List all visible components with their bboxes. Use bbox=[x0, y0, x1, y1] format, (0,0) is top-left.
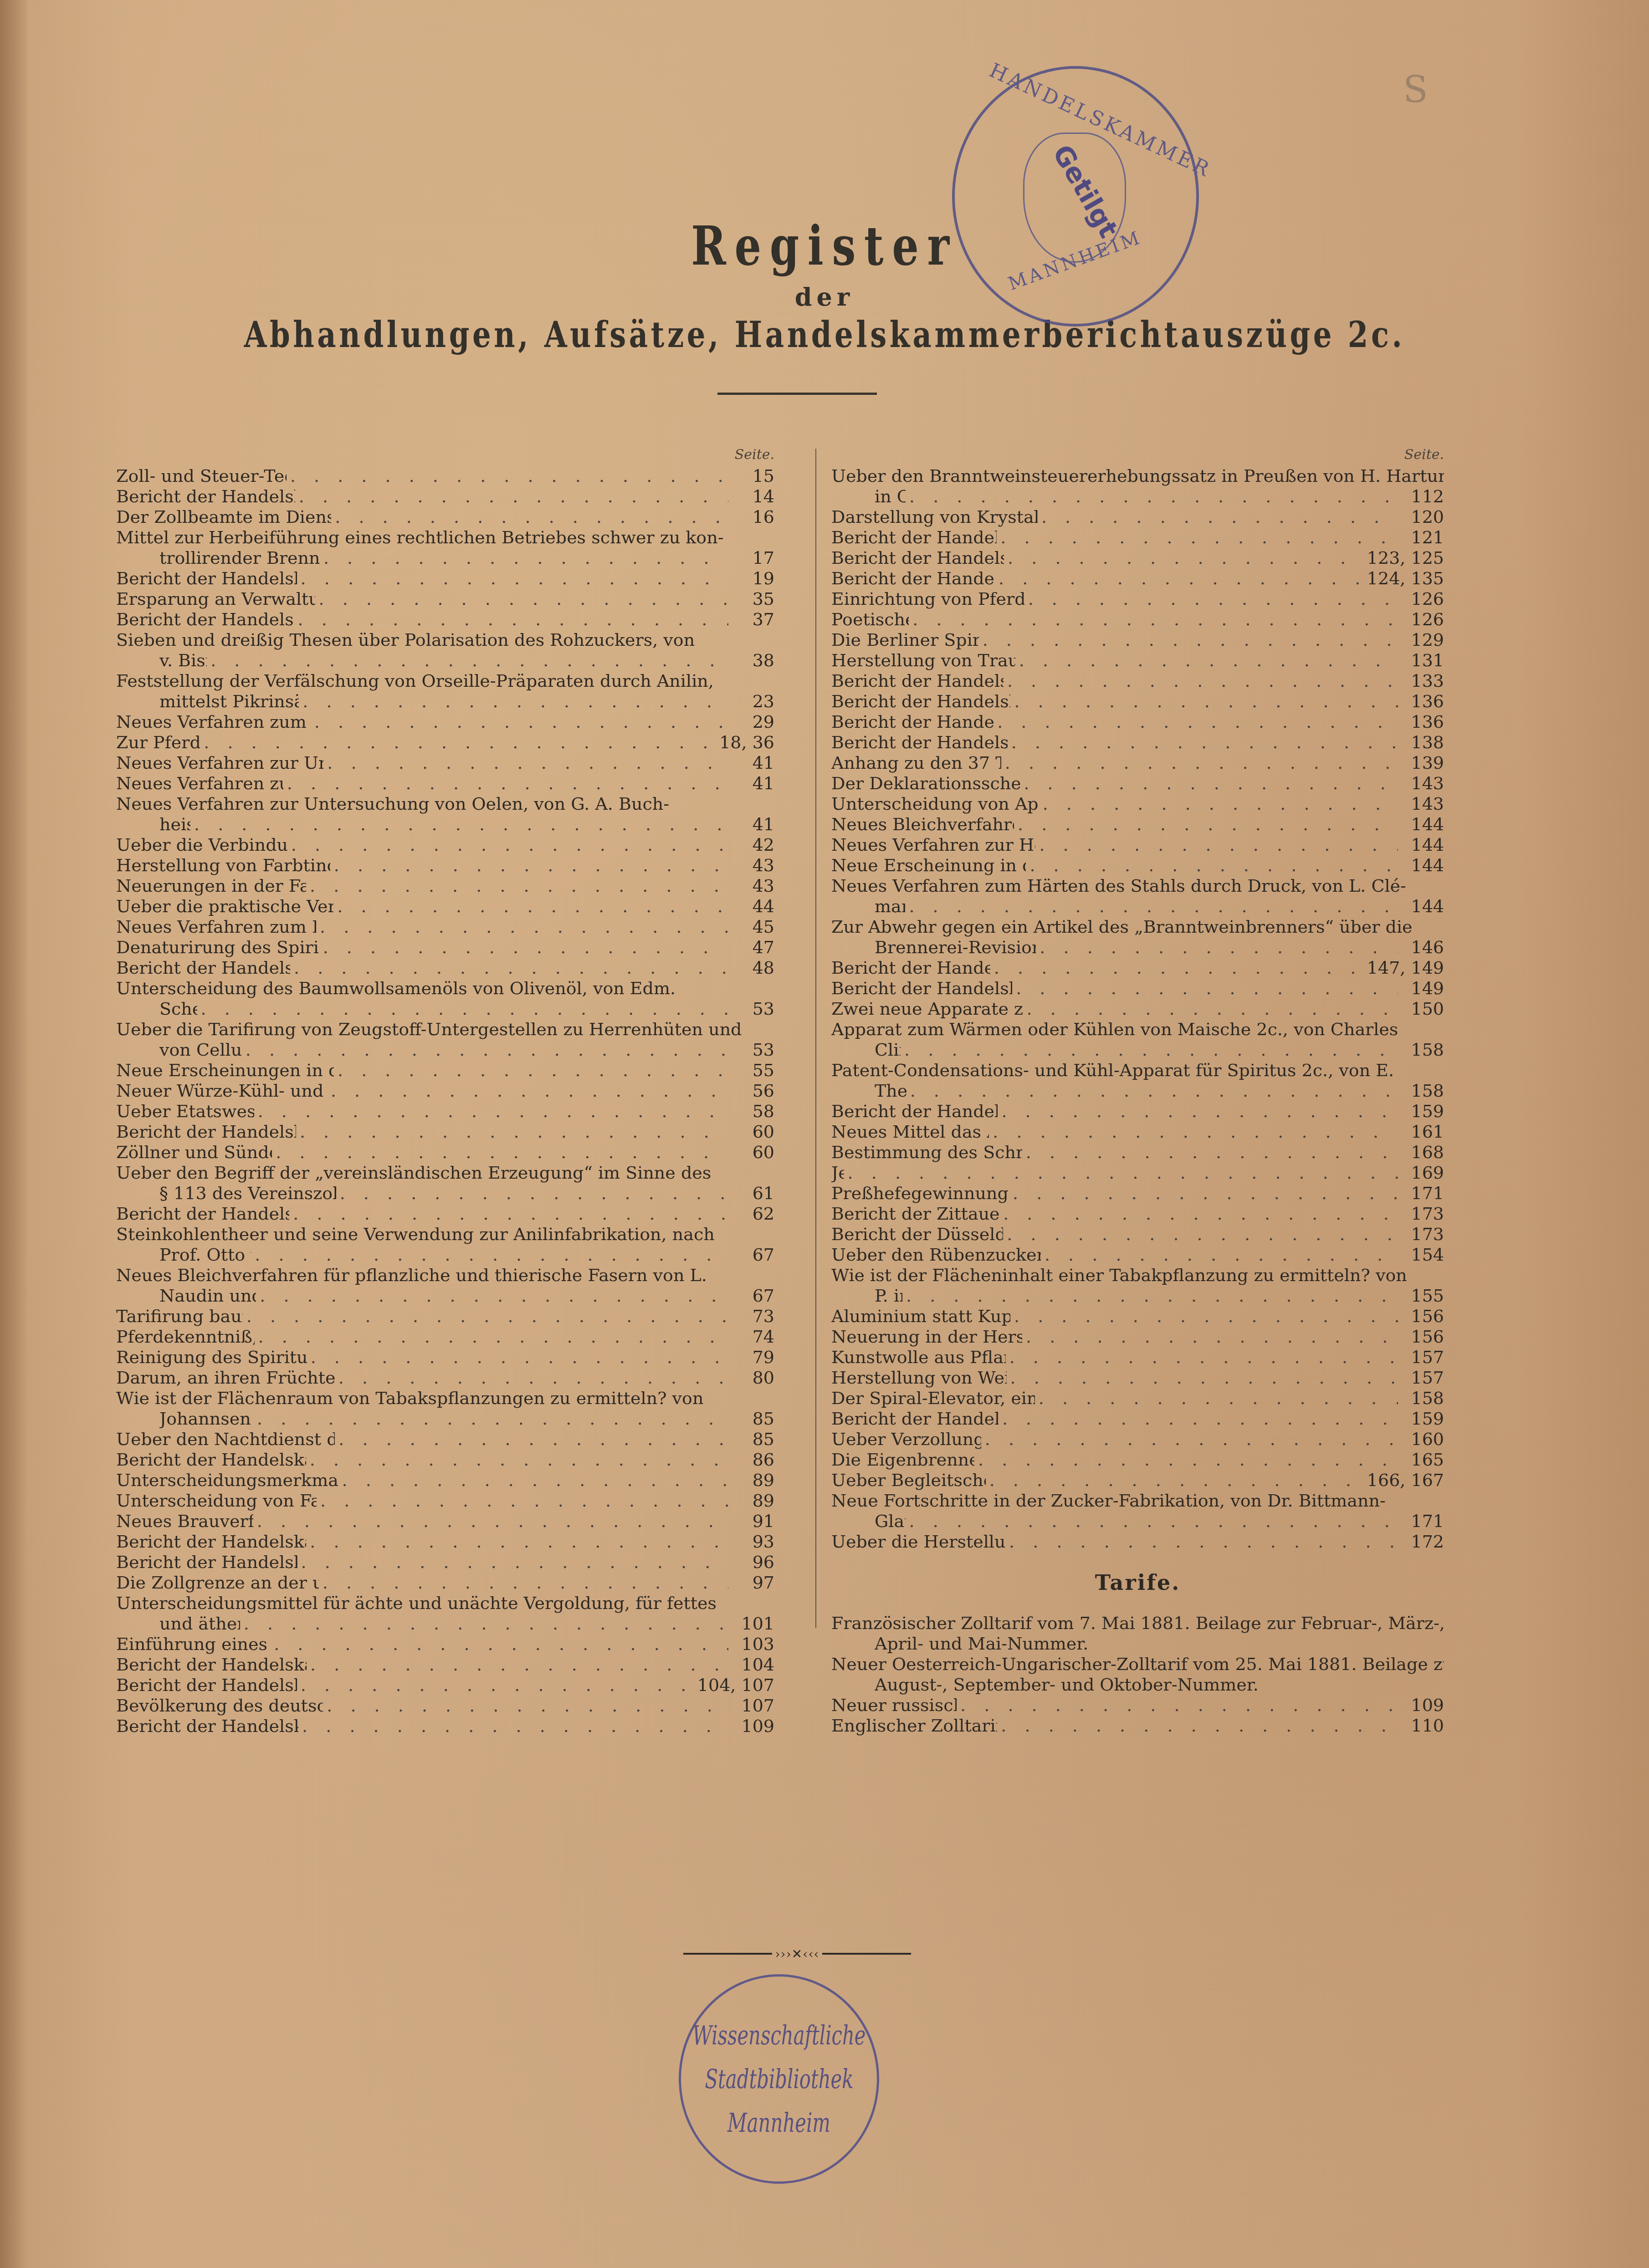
entry-line: Neues Verfahren zum Verbrauen von Reis, … bbox=[116, 712, 774, 732]
page-number: 110 bbox=[1398, 1716, 1444, 1736]
dot-leader bbox=[1004, 548, 1364, 568]
index-entry: Apparat zum Wärmen oder Kühlen von Maisc… bbox=[831, 1019, 1444, 1060]
index-entry: Bericht der Handelskammer zu Münster i./… bbox=[831, 691, 1444, 712]
index-entry: Neues Brauverfahren, von Leykauf91 bbox=[116, 1511, 774, 1532]
dot-leader bbox=[1005, 1532, 1398, 1552]
entry-title: Zur Pferdekenntniß bbox=[116, 732, 200, 753]
index-entry: Zoll- und Steuer-Technik, von Siemens in… bbox=[116, 466, 774, 486]
page-number: 67 bbox=[728, 1286, 774, 1306]
index-entry: Bericht der Handelskammer zu Straßburg ü… bbox=[831, 978, 1444, 999]
page-number: 89 bbox=[728, 1470, 774, 1491]
dot-leader bbox=[1008, 732, 1398, 753]
dot-leader bbox=[1006, 1347, 1398, 1368]
index-entry: Unterscheidungsmittel für ächte und unäc… bbox=[116, 1593, 774, 1634]
entry-title: Unterscheidung von Farbholz- und Gerbsto… bbox=[116, 1491, 317, 1511]
entry-continuation-line: Brennerei-Revisionen jüngerer Steuerbeam… bbox=[831, 937, 1444, 958]
page-number: 53 bbox=[728, 1040, 774, 1060]
entry-line: Ueber die Tarifirung von Zeugstoff-Unter… bbox=[116, 1019, 774, 1040]
index-entry: Steinkohlentheer und seine Verwendung zu… bbox=[116, 1224, 774, 1265]
entry-continuation-line: Prof. Otto von Röttcher67 bbox=[116, 1245, 774, 1265]
entry-line: Bericht der Handelskammer zu Stuttgart f… bbox=[116, 1552, 774, 1573]
page-number: 79 bbox=[728, 1347, 774, 1368]
index-entry: Bericht der Handelskammer zu Straßburg f… bbox=[116, 1532, 774, 1552]
entry-title: Ersparung an Verwaltungskosten, von H. H… bbox=[116, 589, 315, 609]
entry-title: Der Spiral-Elevator, eine neue Kartoffel… bbox=[831, 1388, 1035, 1409]
entry-line: Bericht der Handelskammer zu Emden für 1… bbox=[116, 958, 774, 978]
dot-leader bbox=[289, 1204, 728, 1224]
entry-title: Bericht der Handelskammer zu Trier über … bbox=[116, 1204, 289, 1224]
index-entry: Ueber den Rübenzuckersteuer-Erhebungssat… bbox=[831, 1245, 1444, 1265]
ornament-divider: ›››✕‹‹‹ bbox=[683, 1947, 911, 1961]
dot-leader bbox=[999, 1204, 1398, 1224]
entry-title: Bericht der Handelskammer zu Münster i./… bbox=[831, 691, 1010, 712]
dot-leader bbox=[320, 548, 728, 568]
page-number: 45 bbox=[728, 917, 774, 937]
index-entry: Neues Verfahren zum Verbrauen von Reis, … bbox=[116, 712, 774, 732]
entry-title: Neue Fortschritte in der Zucker-Fabrikat… bbox=[831, 1491, 1386, 1511]
entry-title: P. in K. bbox=[875, 1286, 902, 1306]
dot-leader bbox=[200, 732, 717, 753]
page-number: 171 bbox=[1398, 1511, 1444, 1532]
entry-continuation-line: § 113 des Vereinszollgesetzes, von H. Ha… bbox=[116, 1183, 774, 1204]
dot-leader bbox=[319, 1573, 728, 1593]
entry-line: Apparat zum Wärmen oder Kühlen von Maisc… bbox=[831, 1019, 1444, 1040]
entry-title: Anhang zu den 37 Thesen über Zucker-Pola… bbox=[831, 753, 1001, 773]
entry-line: Der Spiral-Elevator, eine neue Kartoffel… bbox=[831, 1388, 1444, 1409]
index-entry: Neues Bleichverfahren für Pflanzenfasern… bbox=[831, 814, 1444, 835]
entry-continuation-line: Scheibe.53 bbox=[116, 999, 774, 1019]
dot-leader bbox=[901, 1040, 1398, 1060]
entry-line: Neues Bleichverfahren für pflanzliche un… bbox=[116, 1265, 774, 1286]
entry-title: Bericht der Handelskammer zu Wiesbaden ü… bbox=[831, 568, 995, 589]
dot-leader bbox=[1010, 691, 1398, 712]
index-entry: Bericht der Handelskammer zu Mannheim, ü… bbox=[116, 1655, 774, 1675]
entry-title: Ueber Begleitschein- und Abfertigungs-Ve… bbox=[831, 1470, 986, 1491]
dot-leader bbox=[335, 1368, 728, 1388]
entry-continuation-line: mittelst Pikrinsäure, nach Dr. G. Heppe2… bbox=[116, 691, 774, 712]
entry-title: Unterscheidungsmerkmale für die verschie… bbox=[116, 1470, 338, 1491]
entry-continuation-line: Naudin und J. Schneider.67 bbox=[116, 1286, 774, 1306]
page-number: 124, 135 bbox=[1364, 568, 1444, 589]
dot-leader bbox=[323, 1696, 728, 1716]
page-number: 104, 107 bbox=[695, 1675, 774, 1696]
chamber-stamp: HANDELSKAMMER Getilgt MANNHEIM bbox=[952, 66, 1199, 327]
page-number: 37 bbox=[728, 609, 774, 630]
index-entry: Einführung eines Maischmessers, von R.10… bbox=[116, 1634, 774, 1655]
index-entry: Neuer russischer Zolltarif-Auszug.109 bbox=[831, 1695, 1444, 1716]
entry-title: Ueber Etatswesen, von H. Meißner bbox=[116, 1101, 254, 1122]
entry-line: Neues Verfahren zur Herstellung gemuster… bbox=[831, 835, 1444, 855]
dot-leader bbox=[297, 568, 728, 589]
page-number: 144 bbox=[1398, 855, 1444, 876]
index-entry: Bestimmung des Schmelzpunktes der Fette,… bbox=[831, 1142, 1444, 1163]
entry-title: Neues Verfahren zur Unterscheidung von W… bbox=[116, 753, 323, 773]
entry-title: Sieben und dreißig Thesen über Polarisat… bbox=[116, 630, 695, 650]
page-number: 156 bbox=[1398, 1327, 1444, 1347]
page-number: 17 bbox=[728, 548, 774, 568]
index-entry: Zöllner und Sünder, von Siemens in Celle… bbox=[116, 1142, 774, 1163]
page-number: 144 bbox=[1398, 835, 1444, 855]
index-entry: Patent-Condensations- und Kühl-Apparat f… bbox=[831, 1060, 1444, 1101]
entry-line: Der Deklarationsschein ein „Staatsgefähr… bbox=[831, 773, 1444, 794]
entry-title: Brennerei-Revisionen jüngerer Steuerbeam… bbox=[875, 937, 1036, 958]
entry-line: Sieben und dreißig Thesen über Polarisat… bbox=[116, 630, 774, 650]
entry-title: Scheibe. bbox=[159, 999, 197, 1019]
entry-line: Unterscheidung von Farbholz- und Gerbsto… bbox=[116, 1491, 774, 1511]
index-entry: Französischer Zolltarif vom 7. Mai 1881.… bbox=[831, 1613, 1444, 1654]
entry-line: Bericht der Handelskammer zu M.-Gladbach… bbox=[116, 1450, 774, 1470]
entry-title: Mittel zur Herbeiführung eines rechtlich… bbox=[116, 527, 724, 548]
entry-title: Neues Verfahren zum Härten des Stahls du… bbox=[831, 876, 1406, 896]
entry-line: Zur Abwehr gegen ein Artikel des „Brannt… bbox=[831, 917, 1444, 937]
index-entry: Anhang zu den 37 Thesen über Zucker-Pola… bbox=[831, 753, 1444, 773]
dot-leader bbox=[290, 958, 728, 978]
entry-line: Unterscheidung des Baumwollsamenöls von … bbox=[116, 978, 774, 999]
dot-leader bbox=[251, 1245, 728, 1265]
entry-line: Bericht der Handelskammer zu Wiesbaden ü… bbox=[831, 568, 1444, 589]
entry-title: Poetischer Zolltarif bbox=[831, 609, 909, 630]
index-entry: Kunstwolle aus Pflanzenfasern und Wolle,… bbox=[831, 1347, 1444, 1368]
page-number: 129 bbox=[1398, 630, 1444, 650]
entry-title: Herstellung von Farbtincturen für Liqueu… bbox=[116, 855, 330, 876]
index-entry: Herstellung von Farbtincturen für Liqueu… bbox=[116, 855, 774, 876]
entry-line: Einführung eines Maischmessers, von R.10… bbox=[116, 1634, 774, 1655]
index-entry: Herstellung von Wein aus Zwetschgen, von… bbox=[831, 1368, 1444, 1388]
dot-leader bbox=[190, 814, 728, 835]
dot-leader bbox=[1022, 1327, 1398, 1347]
dot-leader bbox=[240, 1614, 728, 1634]
index-entry: Zwei neue Apparate zur Pflege der Pferde… bbox=[831, 999, 1444, 1019]
entry-title: Neues Verfahren zur Untersuchung von Meh… bbox=[116, 773, 283, 794]
page-number: 157 bbox=[1398, 1347, 1444, 1368]
index-entry: Bericht der Handelskammer zu Hamburg übe… bbox=[831, 671, 1444, 691]
entry-line: Bericht der Zittauer Handelskammer über … bbox=[831, 1204, 1444, 1224]
dot-leader bbox=[1039, 794, 1398, 814]
page-number: 144 bbox=[1398, 896, 1444, 917]
index-entry: Bericht der Handelskammer zu Trier über … bbox=[116, 1204, 774, 1224]
page-number: 80 bbox=[728, 1368, 774, 1388]
page-number: 101 bbox=[728, 1614, 774, 1634]
dot-leader bbox=[333, 896, 728, 917]
entry-line: Die Zollgrenze an der untern Elbe, von B… bbox=[116, 1573, 774, 1593]
entry-line: Englischer Zolltarif-Auszug, von 28. Okt… bbox=[831, 1716, 1444, 1736]
index-entry: Bericht der Handelskammer zu Hanau über … bbox=[831, 527, 1444, 548]
entry-title: Patent-Condensations- und Kühl-Apparat f… bbox=[831, 1060, 1394, 1081]
dot-leader bbox=[1004, 671, 1398, 691]
index-entry: Unterscheidung des Baumwollsamenöls von … bbox=[116, 978, 774, 1019]
entry-title: Ueber Verzollung geschlichteter Kettgarn… bbox=[831, 1429, 981, 1450]
left-column: Seite. Zoll- und Steuer-Technik, von Sie… bbox=[116, 444, 774, 1737]
entry-title: Preßhefegewinnung aus rohen Kartoffeln, … bbox=[831, 1183, 1009, 1204]
entry-title: Ueber den Branntweinsteuererhebungssatz … bbox=[831, 466, 1444, 486]
index-entry: Die Zollgrenze an der untern Elbe, von B… bbox=[116, 1573, 774, 1593]
page-number: 173 bbox=[1398, 1224, 1444, 1245]
index-entry: Neue Fortschritte in der Zucker-Fabrikat… bbox=[831, 1491, 1444, 1532]
dot-leader bbox=[844, 1163, 1398, 1183]
library-stamp-line: Wissenschaftliche bbox=[692, 2013, 866, 2057]
dot-leader bbox=[296, 1122, 728, 1142]
index-entry: Feststellung der Verfälschung von Orseil… bbox=[116, 671, 774, 712]
entry-title: Unterscheidungsmittel für ächte und unäc… bbox=[116, 1593, 717, 1614]
entry-title: August-, September- und Oktober-Nummer. bbox=[875, 1675, 1259, 1695]
page-number: 147, 149 bbox=[1364, 958, 1444, 978]
page-number: 139 bbox=[1398, 753, 1444, 773]
index-entry: Reinigung des Spiritus durch Ozon, von R… bbox=[116, 1347, 774, 1368]
entry-title: Steinkohlentheer und seine Verwendung zu… bbox=[116, 1224, 715, 1245]
entry-line: Neues Verfahren zum Entfuseln von Alkoho… bbox=[116, 917, 774, 937]
page-number: 133 bbox=[1398, 671, 1444, 691]
index-entry: Bericht der Handelskammer zu Stuttgart f… bbox=[116, 1552, 774, 1573]
entry-title: Zur Abwehr gegen ein Artikel des „Brannt… bbox=[831, 917, 1413, 937]
page-number: 41 bbox=[728, 773, 774, 794]
entry-title: Neues Verfahren zum Verbrauen von Reis, … bbox=[116, 712, 311, 732]
index-entry: Neues Verfahren zur Herstellung gemuster… bbox=[831, 835, 1444, 855]
index-entry: Zur Abwehr gegen ein Artikel des „Brannt… bbox=[831, 917, 1444, 958]
entry-line: Darstellung von Krystallzucker 2c. aus Z… bbox=[831, 507, 1444, 527]
dot-leader bbox=[1001, 753, 1398, 773]
entry-continuation-line: mandot144 bbox=[831, 896, 1444, 917]
index-entry: Zur Pferdekenntniß18, 36 bbox=[116, 732, 774, 753]
page-number: 172 bbox=[1398, 1532, 1444, 1552]
dot-leader bbox=[287, 835, 728, 855]
entry-line: Bericht der Handelskammer zu Münster i./… bbox=[831, 691, 1444, 712]
page-number: 44 bbox=[728, 896, 774, 917]
page-number: 48 bbox=[728, 958, 774, 978]
entry-title: Französischer Zolltarif vom 7. Mai 1881.… bbox=[831, 1613, 1444, 1634]
index-entry: Wie ist der Flächenraum von Tabakspflanz… bbox=[116, 1388, 774, 1429]
entry-line: Feststellung der Verfälschung von Orseil… bbox=[116, 671, 774, 691]
index-entry: Die Berliner Spiritusindustrie-Ausstellu… bbox=[831, 630, 1444, 650]
index-entry: Bericht der Handelskammer zu Emden über … bbox=[831, 1101, 1444, 1122]
dot-leader bbox=[1020, 773, 1398, 794]
entry-title: v. Bismark. bbox=[159, 650, 207, 671]
dot-leader bbox=[306, 1450, 728, 1470]
dot-leader bbox=[957, 1695, 1398, 1716]
index-entry: Bericht der Handelskammer zu Leipzig übe… bbox=[116, 568, 774, 589]
page-number: 55 bbox=[728, 1060, 774, 1081]
index-entry: Ueber den Branntweinsteuererhebungssatz … bbox=[831, 466, 1444, 507]
dot-leader bbox=[334, 1060, 728, 1081]
entry-line: Bericht der Handelskammer zu Straßburg ü… bbox=[831, 978, 1444, 999]
entry-title: Ueber die Herstellung des Spiritus, nach… bbox=[831, 1532, 1005, 1552]
entry-line: Darum, an ihren Früchten sollt Ihr sie e… bbox=[116, 1368, 774, 1388]
dot-leader bbox=[1007, 1368, 1398, 1388]
index-entry: Bericht der Handelskammer zu Frankfurt a… bbox=[831, 548, 1444, 568]
entry-title: Theisen bbox=[875, 1081, 906, 1101]
index-entry: Bericht der Handelskammer zu Mülhausen, … bbox=[116, 1675, 774, 1696]
left-entry-list: Zoll- und Steuer-Technik, von Siemens in… bbox=[116, 466, 774, 1737]
page-number: 121 bbox=[1398, 527, 1444, 548]
index-entry: Sieben und dreißig Thesen über Polarisat… bbox=[116, 630, 774, 671]
index-entry: Ueber die Herstellung des Spiritus, nach… bbox=[831, 1532, 1444, 1552]
dot-leader bbox=[283, 773, 728, 794]
entry-line: Neuer Würze-Kühl- und Filtrir-Apparat, v… bbox=[116, 1081, 774, 1101]
page-number: 96 bbox=[728, 1552, 774, 1573]
page-number: 168 bbox=[1398, 1142, 1444, 1163]
page-number: 159 bbox=[1398, 1409, 1444, 1429]
dot-leader bbox=[253, 1511, 728, 1532]
right-column: Seite. Ueber den Branntweinsteuererhebun… bbox=[831, 444, 1444, 1736]
dot-leader bbox=[1035, 1388, 1398, 1409]
ornament-center: ›››✕‹‹‹ bbox=[772, 1946, 822, 1962]
page-number: 73 bbox=[728, 1306, 774, 1327]
dot-leader bbox=[1022, 1142, 1398, 1163]
page-number: 41 bbox=[728, 753, 774, 773]
dot-leader bbox=[256, 1286, 728, 1306]
entry-title: Wie ist der Flächenraum von Tabakspflanz… bbox=[116, 1388, 703, 1409]
tariffs-heading: Tarife. bbox=[831, 1570, 1444, 1595]
entry-line: Bericht der Handelskammer zu Emden über … bbox=[831, 1101, 1444, 1122]
page-number: 143 bbox=[1398, 773, 1444, 794]
entry-title: und ätherisches Oel bbox=[159, 1614, 240, 1634]
entry-title: Der Zollbeamte im Dienste der Statistik,… bbox=[116, 507, 331, 527]
entry-title: Bericht der Handelskammer zu M.-Gladbach… bbox=[116, 1450, 306, 1470]
index-entry: Unterscheidung von Apfelsinen, Orangen, … bbox=[831, 794, 1444, 814]
library-stamp: Wissenschaftliche Stadtbibliothek Mannhe… bbox=[679, 1974, 879, 2184]
index-entry: Ersparung an Verwaltungskosten, von H. H… bbox=[116, 589, 774, 609]
dot-leader bbox=[995, 568, 1364, 589]
entry-continuation-line: trollirender Brennereien, von W. Thiele … bbox=[116, 548, 774, 568]
entry-continuation-line: P. in K.155 bbox=[831, 1286, 1444, 1306]
entry-line: Zwei neue Apparate zur Pflege der Pferde… bbox=[831, 999, 1444, 1019]
page-number: 91 bbox=[728, 1511, 774, 1532]
entry-title: Bericht der Handelskammer zu Hamburg übe… bbox=[831, 671, 1004, 691]
entry-line: Bericht der Handelskammer zu Plauen über… bbox=[116, 609, 774, 630]
dot-leader bbox=[1026, 855, 1398, 876]
index-entry: Neue Erscheinungen in der Textilindustri… bbox=[116, 1060, 774, 1081]
page-number: 171 bbox=[1398, 1183, 1444, 1204]
dot-leader bbox=[298, 1716, 728, 1737]
index-entry: Bericht der Handelskammer zu Solingen üb… bbox=[831, 958, 1444, 978]
entry-title: Bericht der Handelskammer zu Mülhausen, … bbox=[116, 1675, 297, 1696]
entry-line: Ersparung an Verwaltungskosten, von H. H… bbox=[116, 589, 774, 609]
index-entry: Bericht der Handelskammer zu Emden über … bbox=[116, 1122, 774, 1142]
page-number: 19 bbox=[728, 568, 774, 589]
page-edge bbox=[0, 0, 27, 2268]
index-entry: Der Zollbeamte im Dienste der Statistik,… bbox=[116, 507, 774, 527]
entry-line: Die Eigenbrennereien Elsaß-Lothringens16… bbox=[831, 1450, 1444, 1470]
page-number: 109 bbox=[1398, 1695, 1444, 1716]
dot-leader bbox=[989, 1122, 1398, 1142]
page-number: 85 bbox=[728, 1409, 774, 1429]
entry-title: Bericht der Handelskammer zu Emden für 1… bbox=[116, 958, 290, 978]
entry-line: Bericht der Handelskammer zu Colmar i./E… bbox=[831, 732, 1444, 753]
page-number: 60 bbox=[728, 1142, 774, 1163]
entry-line: Die Berliner Spiritusindustrie-Ausstellu… bbox=[831, 630, 1444, 650]
dot-leader bbox=[255, 1327, 728, 1347]
entry-line: Ueber den Nachtdienst der Grenzaufseher,… bbox=[116, 1429, 774, 1450]
index-entry: Englischer Zolltarif-Auszug, von 28. Okt… bbox=[831, 1716, 1444, 1736]
page-number: 143 bbox=[1398, 794, 1444, 814]
index-entry: Denaturirung des Spiritus durch Vermisch… bbox=[116, 937, 774, 958]
index-entry: Darstellung von Krystallzucker 2c. aus Z… bbox=[831, 507, 1444, 527]
dot-leader bbox=[1038, 507, 1398, 527]
entry-title: Bericht der Handelskammer zu Emden über … bbox=[831, 1101, 998, 1122]
index-entry: Die Eigenbrennereien Elsaß-Lothringens16… bbox=[831, 1450, 1444, 1470]
entry-line: Neue Erscheinung in der Papierfabrikatio… bbox=[831, 855, 1444, 876]
page-column-label: Seite. bbox=[831, 444, 1444, 466]
entry-title: Bestimmung des Schmelzpunktes der Fette,… bbox=[831, 1142, 1022, 1163]
entry-line: Bericht der Handelskammer zu Hamburg übe… bbox=[831, 671, 1444, 691]
page-number: 156 bbox=[1398, 1306, 1444, 1327]
index-entry: Neues Verfahren zum Entfuseln von Alkoho… bbox=[116, 917, 774, 937]
dot-leader bbox=[338, 1470, 728, 1491]
index-entry: Mittel zur Herbeiführung eines rechtlich… bbox=[116, 527, 774, 568]
entry-line: Pferdekenntniß, von Theod. Heinze74 bbox=[116, 1327, 774, 1347]
dot-leader bbox=[243, 1306, 728, 1327]
entry-line: Bestimmung des Schmelzpunktes der Fette,… bbox=[831, 1142, 1444, 1163]
entry-title: Bericht der Handelskammer zn Harburg übe… bbox=[116, 1716, 298, 1737]
index-entry: Ueber Begleitschein- und Abfertigungs-Ve… bbox=[831, 1470, 1444, 1491]
index-entry: Preßhefegewinnung aus rohen Kartoffeln, … bbox=[831, 1183, 1444, 1204]
index-entry: Ueber den Nachtdienst der Grenzaufseher,… bbox=[116, 1429, 774, 1450]
entry-line: Ueber die praktische Verarbeitung der Ne… bbox=[116, 896, 774, 917]
entry-title: Pferdekenntniß, von Theod. Heinze bbox=[116, 1327, 255, 1347]
entry-line: Zöllner und Sünder, von Siemens in Celle… bbox=[116, 1142, 774, 1163]
dot-leader bbox=[254, 1101, 728, 1122]
entry-title: Tarifirung baumwollener Garne bbox=[116, 1306, 243, 1327]
dot-leader bbox=[270, 1634, 728, 1655]
page-number: 120 bbox=[1398, 507, 1444, 527]
page-number: 146 bbox=[1398, 937, 1444, 958]
entry-line: Herstellung von Farbtincturen für Liqueu… bbox=[116, 855, 774, 876]
index-entry: Darum, an ihren Früchten sollt Ihr sie e… bbox=[116, 1368, 774, 1388]
title-divider bbox=[717, 393, 877, 395]
page-number: 112 bbox=[1398, 486, 1444, 507]
entry-title: Glauzig bbox=[875, 1511, 906, 1532]
entry-line: Neue Fortschritte in der Zucker-Fabrikat… bbox=[831, 1491, 1444, 1511]
entry-line: Jet169 bbox=[831, 1163, 1444, 1183]
entry-line: Ueber den Branntweinsteuererhebungssatz … bbox=[831, 466, 1444, 486]
index-entry: Neues Bleichverfahren für pflanzliche un… bbox=[116, 1265, 774, 1306]
index-entry: Ueber die Tarifirung von Zeugstoff-Unter… bbox=[116, 1019, 774, 1060]
entry-title: Naudin und J. Schneider. bbox=[159, 1286, 256, 1306]
page-number: 161 bbox=[1398, 1122, 1444, 1142]
entry-title: Aluminium statt Kupfer zu Gold- und Silb… bbox=[831, 1306, 1010, 1327]
entry-continuation-line: in Celle112 bbox=[831, 486, 1444, 507]
page-number: 18, 36 bbox=[717, 732, 774, 753]
dot-leader bbox=[1012, 978, 1398, 999]
page-title: Register bbox=[181, 214, 1468, 277]
dot-leader bbox=[906, 1081, 1398, 1101]
page-number: 155 bbox=[1398, 1286, 1444, 1306]
entry-line: Ueber den Begriff der „vereinsländischen… bbox=[116, 1163, 774, 1183]
entry-title: Neues Bleichverfahren für pflanzliche un… bbox=[116, 1265, 707, 1286]
entry-line: Bericht der Handelskammer zu Leipzig übe… bbox=[831, 1409, 1444, 1429]
dot-leader bbox=[1014, 814, 1398, 835]
dot-leader bbox=[306, 1532, 728, 1552]
index-entry: Neuer Oesterreich-Ungarischer-Zolltarif … bbox=[831, 1654, 1444, 1695]
page-number: 165 bbox=[1398, 1450, 1444, 1470]
entry-title: mittelst Pikrinsäure, nach Dr. G. Heppe bbox=[159, 691, 299, 712]
entry-title: Prof. Otto von Röttcher bbox=[159, 1245, 251, 1265]
entry-title: Bericht der Handelskammer zu Colmar i./E… bbox=[831, 732, 1008, 753]
page-number: 136 bbox=[1398, 712, 1444, 732]
page-number: 126 bbox=[1398, 589, 1444, 609]
page-number: 16 bbox=[728, 507, 774, 527]
index-entry: Der Deklarationsschein ein „Staatsgefähr… bbox=[831, 773, 1444, 794]
index-entry: Neuerungen in der Fabrikation von künstl… bbox=[116, 876, 774, 896]
entry-continuation-line: Clinck158 bbox=[831, 1040, 1444, 1060]
dot-leader bbox=[1009, 1183, 1398, 1204]
entry-title: Wie ist der Flächeninhalt einer Tabakpfl… bbox=[831, 1265, 1407, 1286]
entry-title: Ueber die praktische Verarbeitung der Ne… bbox=[116, 896, 333, 917]
ornament-bar-left bbox=[683, 1953, 772, 1955]
page-number: 144 bbox=[1398, 814, 1444, 835]
page-number: 158 bbox=[1398, 1388, 1444, 1409]
entry-title: Unterscheidung des Baumwollsamenöls von … bbox=[116, 978, 676, 999]
page-number: 86 bbox=[728, 1450, 774, 1470]
